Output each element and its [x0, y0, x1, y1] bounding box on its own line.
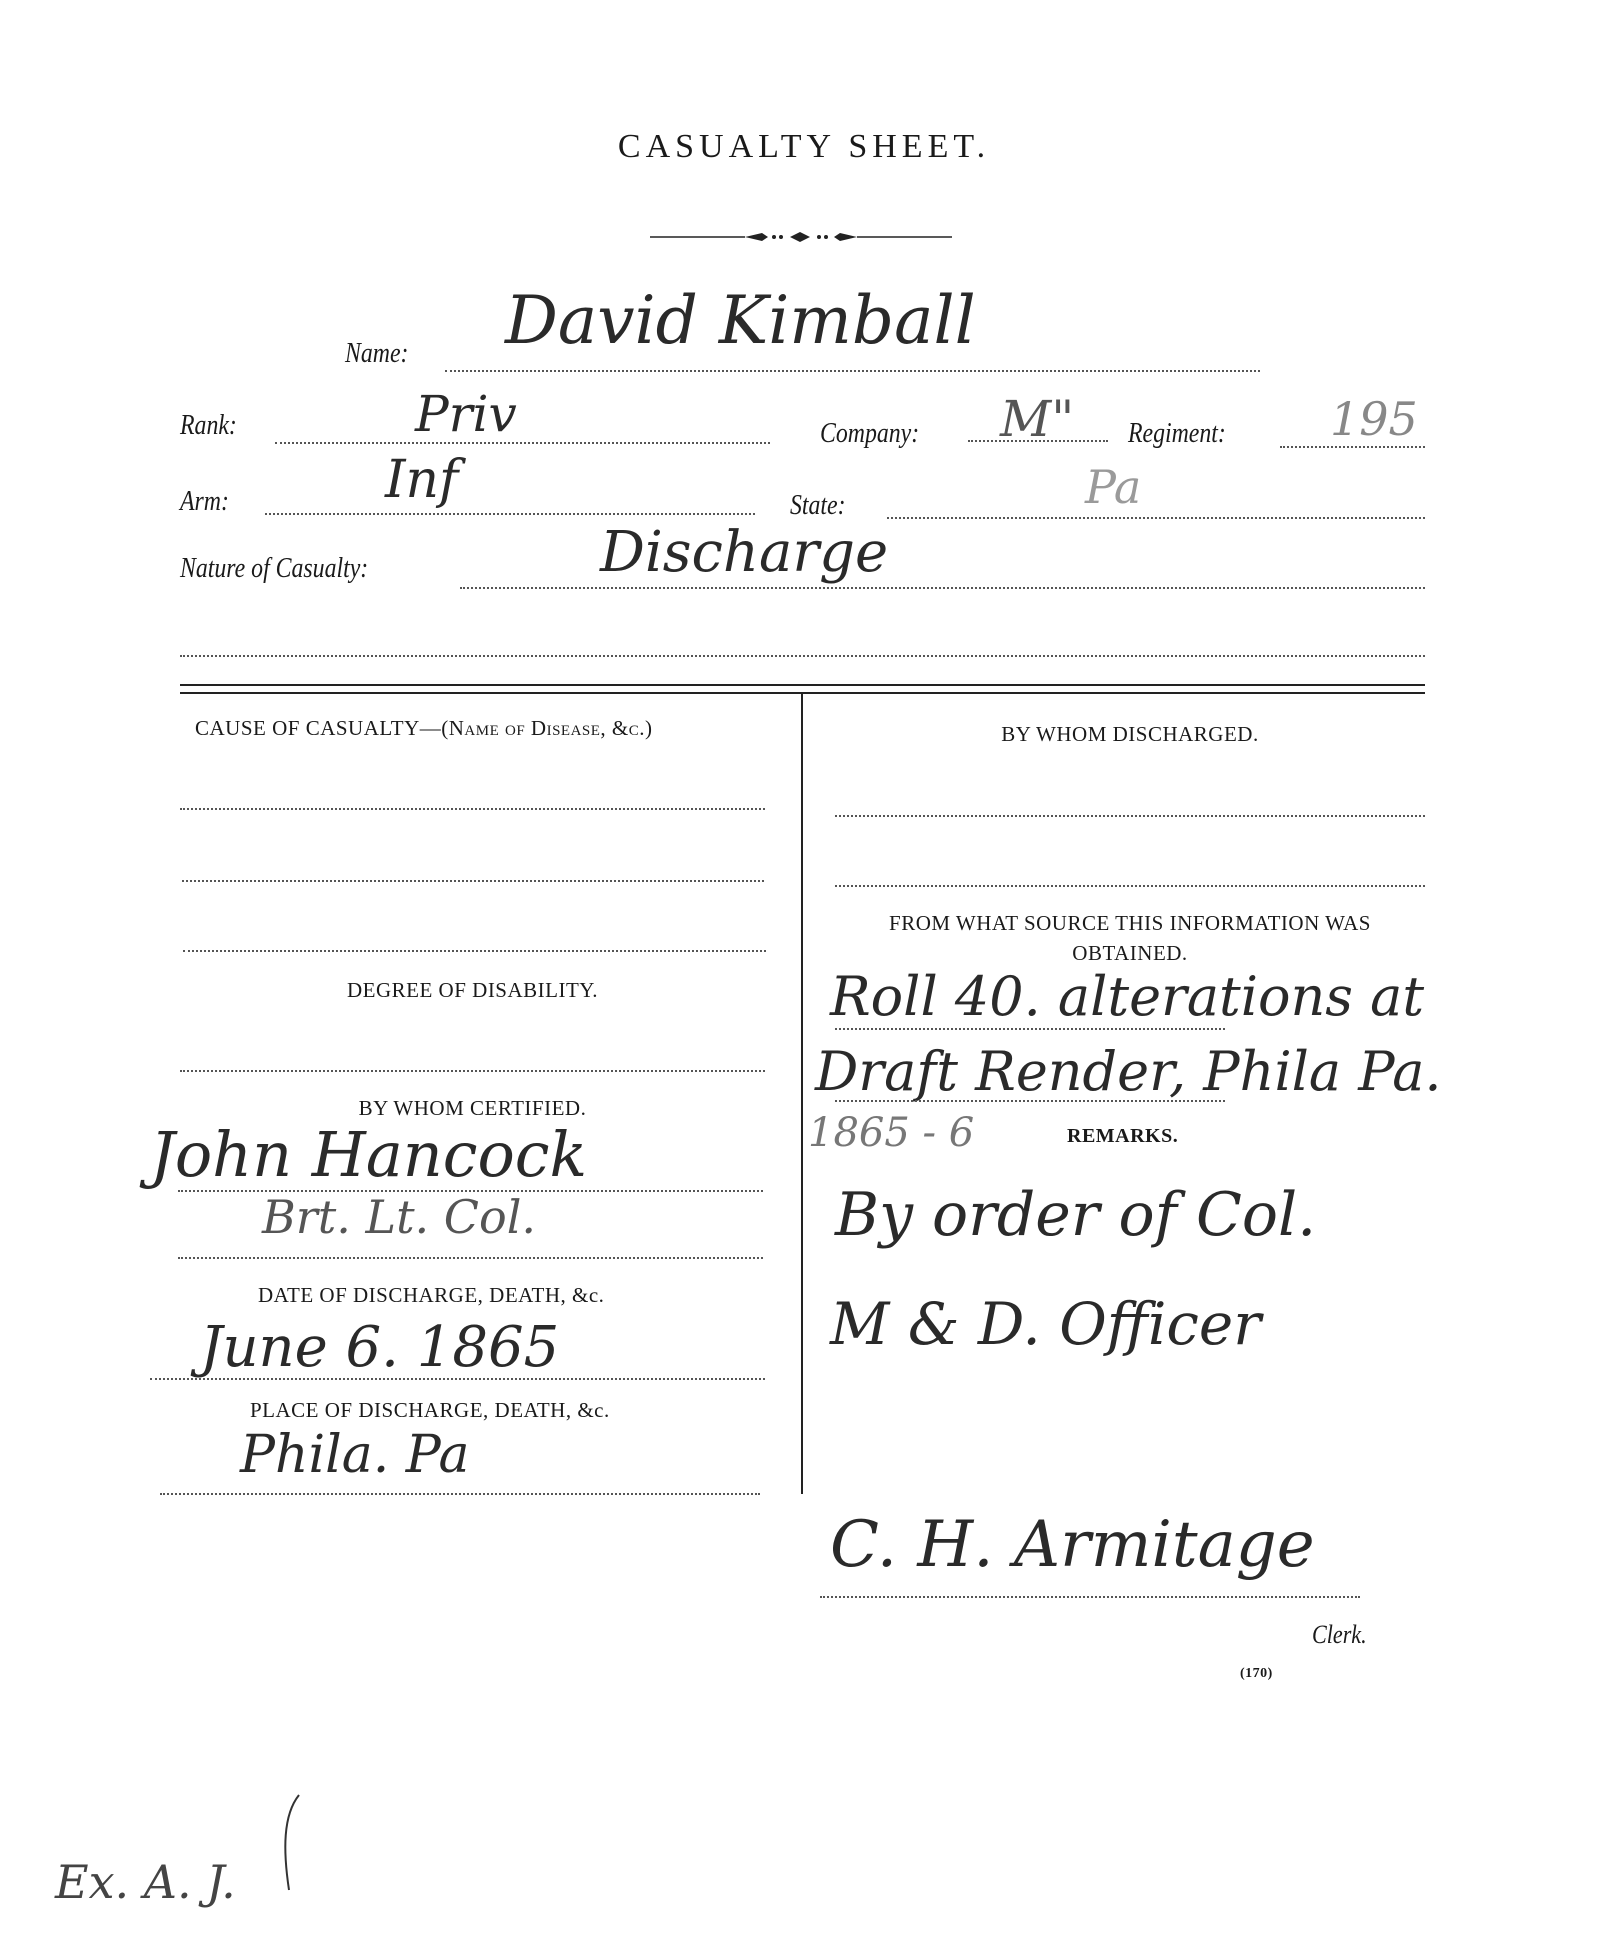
margin-note: Ex. A. J.	[55, 1855, 236, 1909]
company-label: Company:	[820, 418, 919, 450]
document-title: CASUALTY SHEET.	[540, 128, 1068, 166]
discharged-line-2[interactable]	[835, 885, 1425, 887]
disability-line[interactable]	[180, 1070, 765, 1072]
cause-line-3[interactable]	[183, 950, 766, 952]
source-line-1	[835, 1028, 1225, 1030]
remarks-value-line-1[interactable]: By order of Col.	[835, 1180, 1316, 1250]
disability-heading: DEGREE OF DISABILITY.	[180, 978, 765, 1003]
source-line-2	[835, 1100, 1225, 1102]
state-label: State:	[790, 490, 846, 522]
cause-line-1[interactable]	[180, 808, 765, 810]
cause-line-2[interactable]	[182, 880, 764, 882]
clerk-signature[interactable]: C. H. Armitage	[830, 1508, 1315, 1582]
blank-line	[180, 655, 1425, 657]
section-rule-top	[180, 684, 1425, 686]
source-value-line-1[interactable]: Roll 40. alterations at	[830, 965, 1424, 1028]
state-value[interactable]: Pa	[1085, 460, 1141, 514]
source-value-line-3[interactable]: 1865 - 6	[808, 1110, 974, 1156]
arm-line	[265, 513, 755, 515]
place-line	[160, 1493, 760, 1495]
remarks-value-line-2[interactable]: M & D. Officer	[830, 1290, 1261, 1358]
company-value[interactable]: M"	[1000, 390, 1074, 448]
remarks-heading: REMARKS.	[1067, 1125, 1178, 1148]
arm-value[interactable]: Inf	[385, 450, 458, 510]
source-heading-line-2: OBTAINED.	[830, 941, 1430, 966]
regiment-line	[1280, 446, 1425, 448]
nature-of-casualty-value[interactable]: Discharge	[600, 520, 888, 585]
date-heading: DATE OF DISCHARGE, DEATH, &c.	[258, 1283, 678, 1308]
date-value[interactable]: June 6. 1865	[200, 1315, 559, 1380]
column-divider	[801, 694, 803, 1494]
date-line	[150, 1378, 765, 1380]
place-value[interactable]: Phila. Pa	[240, 1425, 469, 1485]
discharged-line-1[interactable]	[835, 815, 1425, 817]
clerk-label: Clerk.	[1312, 1620, 1367, 1650]
place-heading: PLACE OF DISCHARGE, DEATH, &c.	[250, 1398, 680, 1423]
cause-heading: CAUSE OF CASUALTY—(Name of Disease, &c.)	[195, 716, 755, 741]
signature-line	[820, 1596, 1360, 1598]
form-number: (170)	[1240, 1666, 1273, 1682]
certified-name-value[interactable]: John Hancock	[150, 1118, 587, 1191]
name-label: Name:	[345, 338, 408, 370]
source-value-line-2[interactable]: Draft Render, Phila Pa.	[815, 1040, 1442, 1103]
certified-title-value[interactable]: Brt. Lt. Col.	[262, 1190, 536, 1244]
margin-bracket-icon	[275, 1790, 305, 1900]
certified-line-2	[178, 1257, 763, 1259]
source-heading-line-1: FROM WHAT SOURCE THIS INFORMATION WAS	[830, 911, 1430, 936]
cause-subheading-text: (Name of Disease, &c.)	[441, 716, 652, 740]
nature-of-casualty-line	[460, 587, 1425, 589]
name-line	[445, 370, 1260, 372]
rank-label: Rank:	[180, 410, 237, 442]
regiment-value[interactable]: 195	[1330, 392, 1418, 446]
cause-heading-text: CAUSE OF CASUALTY—	[195, 716, 441, 740]
nature-of-casualty-label: Nature of Casualty:	[180, 553, 368, 585]
state-line	[887, 517, 1425, 519]
regiment-label: Regiment:	[1128, 418, 1226, 450]
ornament-divider-icon	[650, 230, 952, 244]
rank-value[interactable]: Priv	[415, 385, 517, 443]
rank-line	[275, 442, 770, 444]
arm-label: Arm:	[180, 486, 229, 518]
name-value[interactable]: David Kimball	[505, 282, 976, 359]
discharged-heading: BY WHOM DISCHARGED.	[830, 722, 1430, 747]
